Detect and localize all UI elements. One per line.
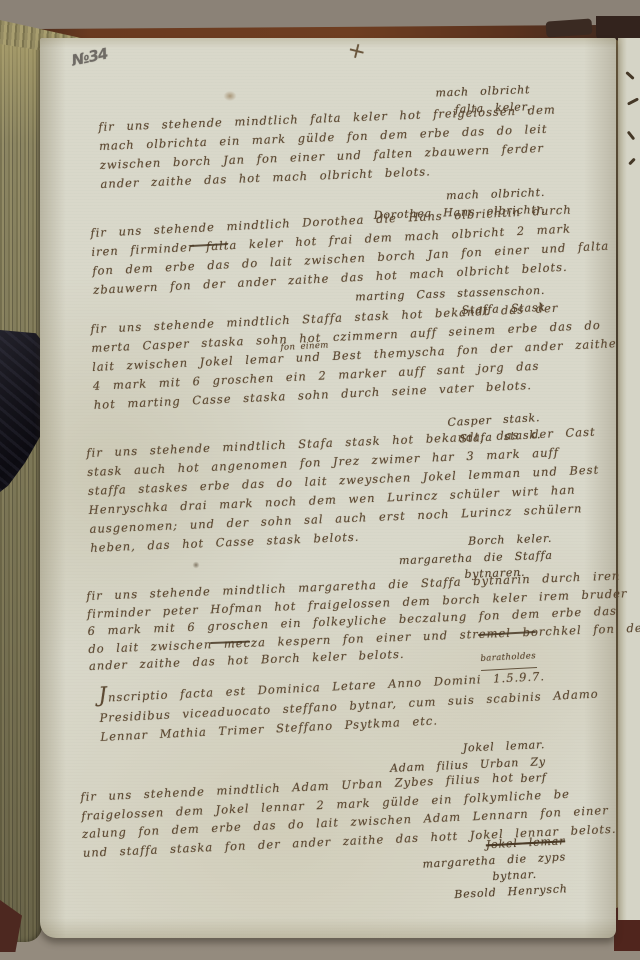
facing-page-ink <box>627 97 639 105</box>
facing-page-ink <box>625 71 634 80</box>
facing-page-ink <box>627 131 636 141</box>
interlinear-insert: fon einem <box>280 336 329 358</box>
entry-body: fir uns stehende mindtlich margaretha di… <box>86 566 640 675</box>
folio-number: №34 <box>70 45 109 71</box>
facing-page-sliver <box>618 38 640 920</box>
cross-mark: + <box>345 40 368 63</box>
latin-inscription: Jnscriptio facta est Dominica Letare Ann… <box>98 662 600 748</box>
manuscript-page: №34 + mach olbricht falta keler. fir uns… <box>40 38 616 938</box>
entry-body: fir uns stehende mindtlich falta keler h… <box>98 100 558 194</box>
page-block-fore-edge <box>0 36 42 942</box>
clasp-remnant <box>545 18 592 37</box>
facing-page-ink <box>628 158 636 166</box>
manuscript-photo: №34 + mach olbricht falta keler. fir uns… <box>0 0 640 960</box>
signatures: Jokel lemar margaretha die zyps bytnar. … <box>360 833 568 908</box>
entry-body: fir uns stehende mindtlich Staffa stask … <box>90 296 619 415</box>
